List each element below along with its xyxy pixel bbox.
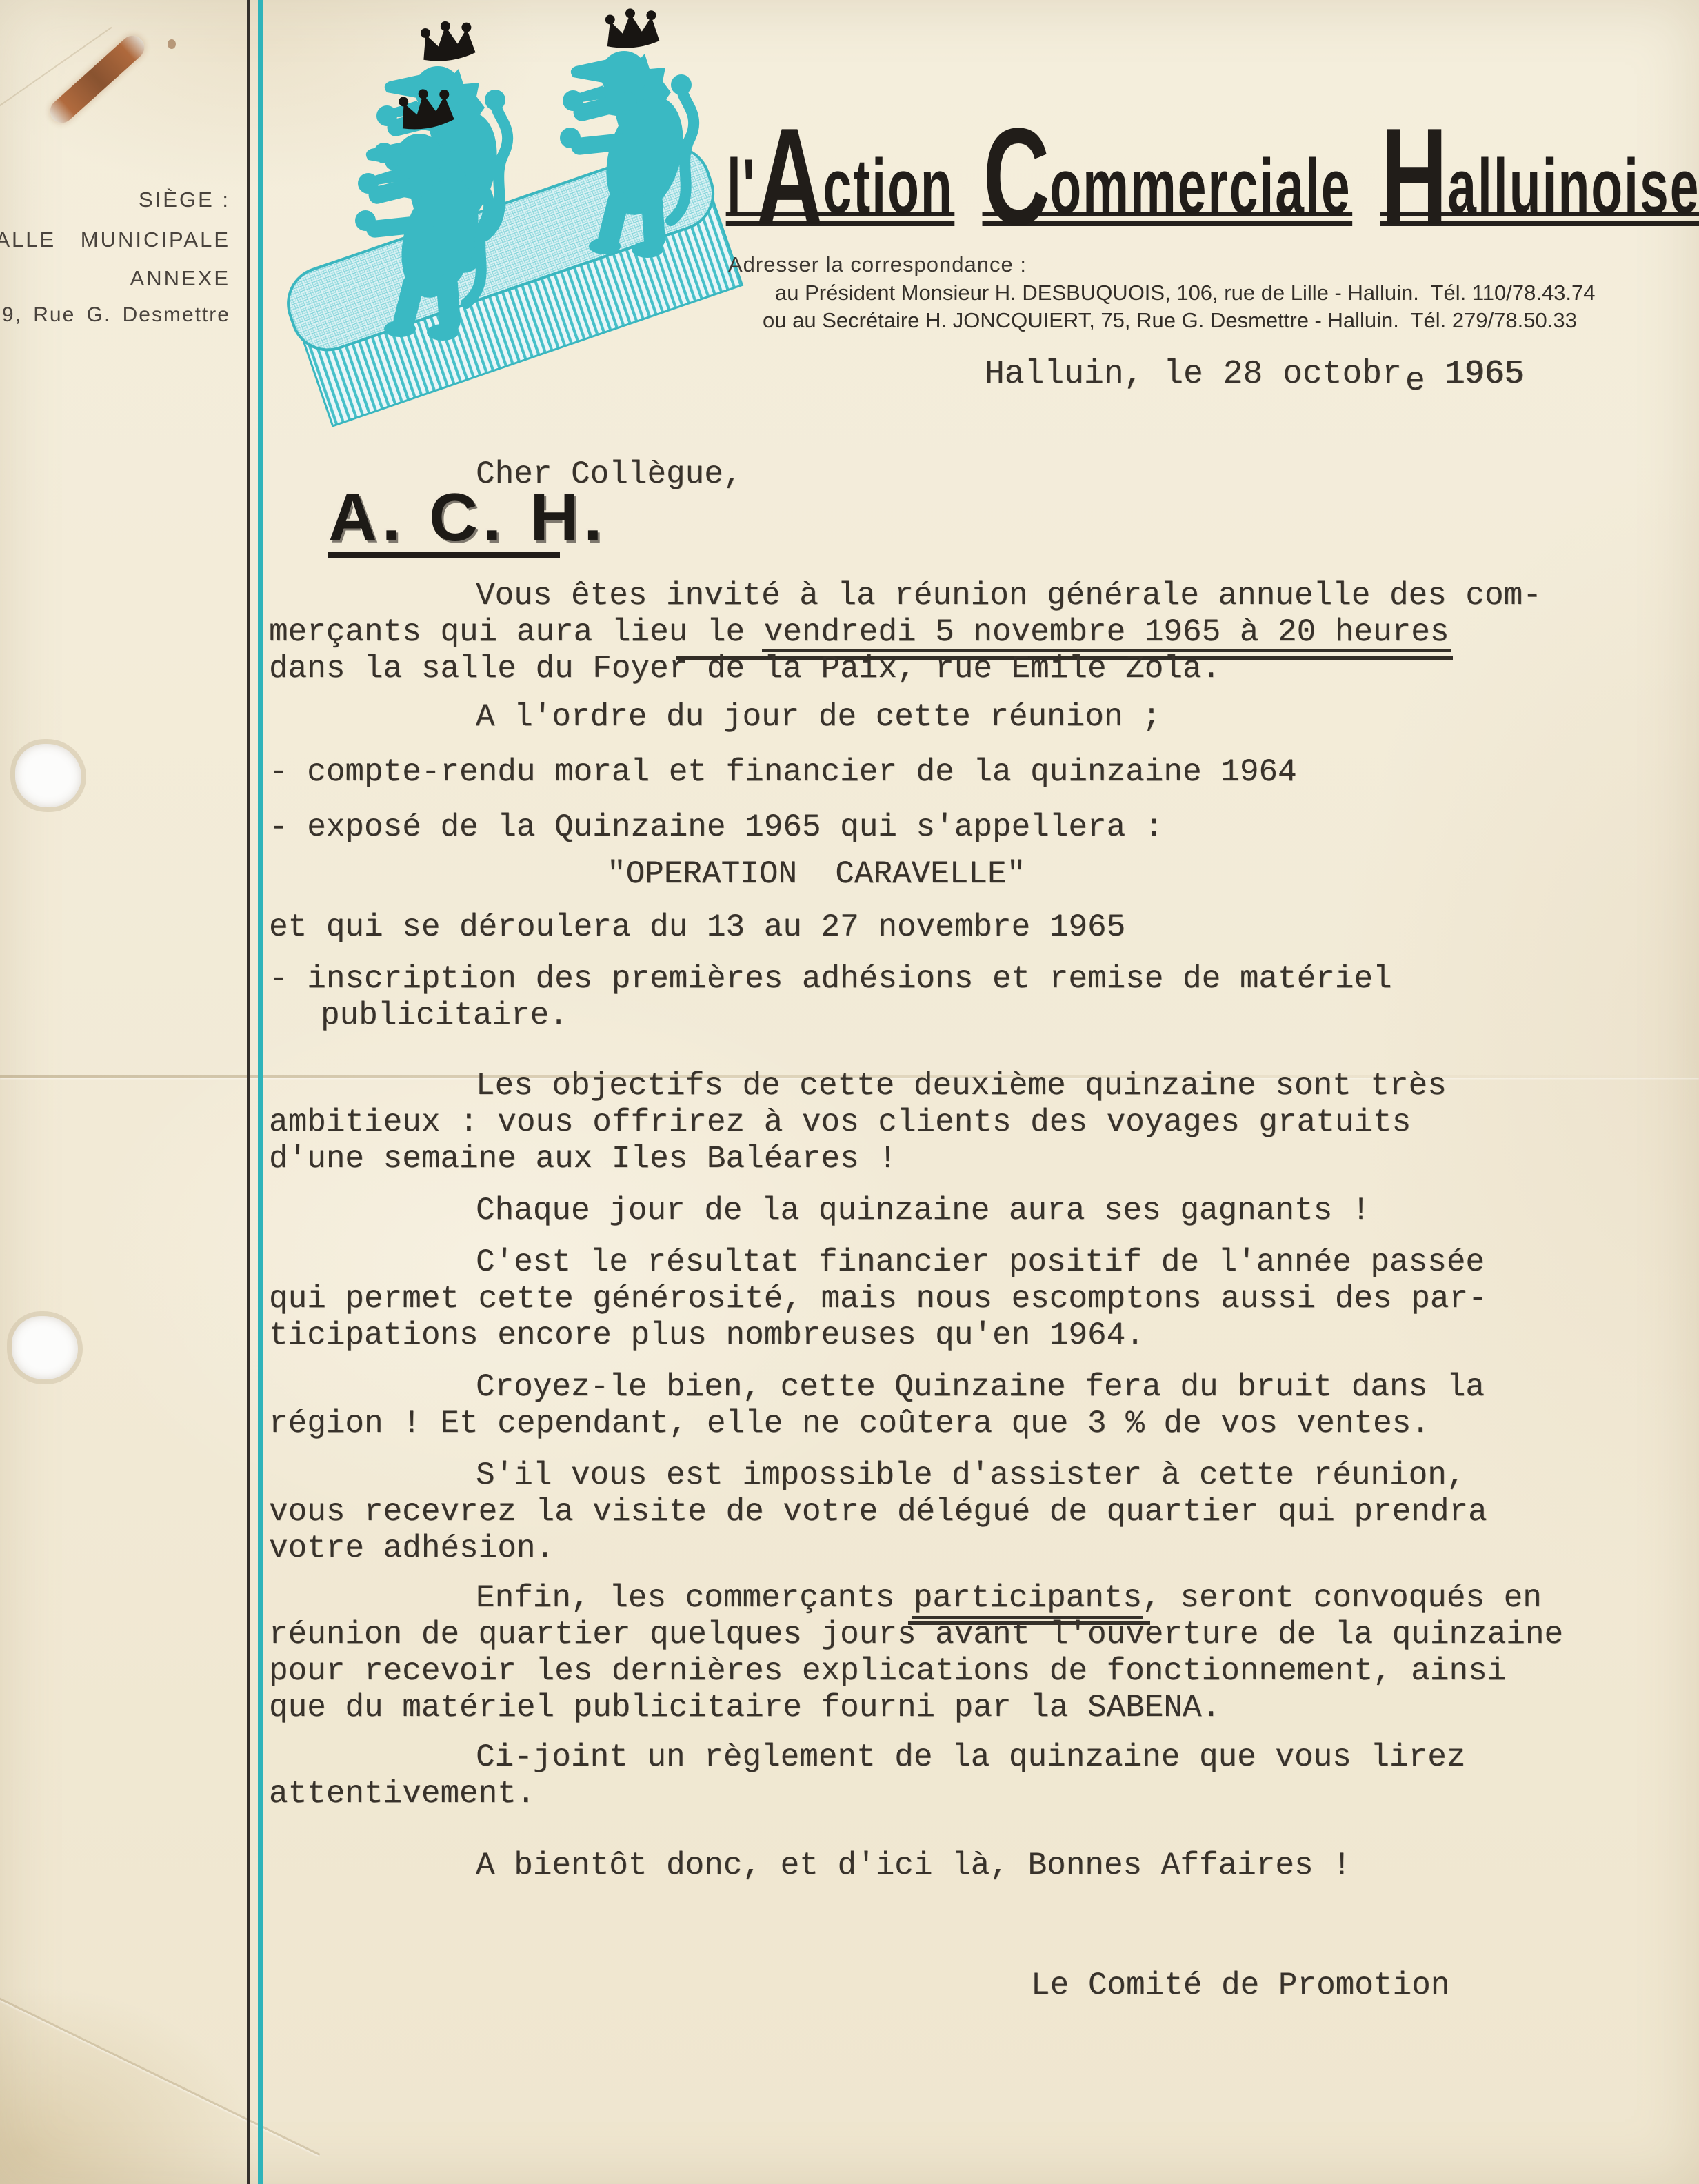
ach-underline <box>328 552 560 558</box>
text-run: A l'ordre du jour de cette réunion ; <box>476 699 1161 735</box>
text-run: , seront convoqués en <box>1142 1580 1542 1616</box>
punch-hole <box>12 1316 78 1379</box>
text-run: Croyez-le bien, cette Quinzaine fera du … <box>476 1369 1485 1405</box>
siege-line: ANNEXE <box>130 266 230 291</box>
vertical-rule-black <box>247 0 250 2184</box>
letter-line: ambitieux : vous offrirez à vos clients … <box>269 1104 1641 1141</box>
text-run: S'il vous est impossible d'assister à ce… <box>476 1457 1465 1493</box>
underlined-text: participants <box>914 1580 1142 1616</box>
letter-line: qui permet cette générosité, mais nous e… <box>269 1281 1641 1317</box>
letter-line: C'est le résultat financier positif de l… <box>476 1244 1641 1281</box>
letter-line: merçants qui aura lieu le vendredi 5 nov… <box>269 614 1641 651</box>
letter-line: Chaque jour de la quinzaine aura ses gag… <box>476 1193 1641 1229</box>
text-run: réunion de quartier quelques jours avant… <box>269 1617 1563 1652</box>
date-dropped-letter: e <box>1405 363 1425 400</box>
letter-line: Vous êtes invité à la réunion générale a… <box>476 578 1641 614</box>
title-word: l'Action <box>727 135 954 239</box>
date-year: 1965 <box>1445 356 1524 393</box>
letter-line: A l'ordre du jour de cette réunion ; <box>476 699 1641 736</box>
letter-line: votre adhésion. <box>269 1530 1641 1567</box>
title-initial: A <box>756 100 823 254</box>
corner-crease <box>0 1996 320 2156</box>
president-address-line: au Président Monsieur H. DESBUQUOIS, 106… <box>775 281 1596 305</box>
text-run: pour recevoir les dernières explications… <box>269 1653 1506 1689</box>
text-run: C'est le résultat financier positif de l… <box>476 1244 1485 1280</box>
title-initial: C <box>983 100 1050 254</box>
siege-line: 69, Rue G. Desmettre <box>0 303 230 327</box>
letter-line: A bientôt donc, et d'ici là, Bonnes Affa… <box>476 1848 1641 1884</box>
letter-line: Le Comité de Promotion <box>1031 1968 1641 2004</box>
punch-hole <box>15 744 81 807</box>
title-rest: ction <box>823 143 953 230</box>
scanned-letter-page: SIÈGE : SALLE MUNICIPALE ANNEXE 69, Rue … <box>0 0 1699 2184</box>
letter-line: "OPERATION CARAVELLE" <box>607 856 1641 893</box>
letter-line: vous recevrez la visite de votre délégué… <box>269 1494 1641 1530</box>
text-run: ambitieux : vous offrirez à vos clients … <box>269 1104 1411 1140</box>
rust-dot <box>168 39 176 49</box>
text-run: dans la salle du Foyer de la Paix, rue E… <box>269 651 1220 687</box>
text-run: d'une semaine aux Iles Baléares ! <box>269 1141 897 1177</box>
letter-line: - exposé de la Quinzaine 1965 qui s'appe… <box>269 809 1641 846</box>
text-run: attentivement. <box>269 1776 535 1812</box>
letter-line: publicitaire. <box>321 998 1641 1034</box>
ach-abbreviation: A. C. H. <box>328 478 607 556</box>
letter-line: ticipations encore plus nombreuses qu'en… <box>269 1317 1641 1354</box>
text-run: - inscription des premières adhésions et… <box>269 961 1392 997</box>
text-run: Enfin, les commerçants <box>476 1580 914 1616</box>
crown-icon <box>603 6 660 50</box>
letter-line: attentivement. <box>269 1776 1641 1812</box>
text-run: "OPERATION CARAVELLE" <box>607 856 1025 892</box>
letter-line: que du matériel publicitaire fourni par … <box>269 1690 1641 1726</box>
text-run: A bientôt donc, et d'ici là, Bonnes Affa… <box>476 1848 1351 1883</box>
letter-body: Vous êtes invité à la réunion générale a… <box>269 578 1641 2004</box>
text-run: vous recevrez la visite de votre délégué… <box>269 1494 1487 1530</box>
title-word: Halluinoise <box>1381 135 1699 239</box>
title-rest: alluinoise <box>1447 143 1699 230</box>
letter-line: d'une semaine aux Iles Baléares ! <box>269 1141 1641 1177</box>
title-rest: ommerciale <box>1049 143 1351 230</box>
letter-line: Ci-joint un règlement de la quinzaine qu… <box>476 1739 1641 1776</box>
title-prefix: l' <box>727 143 756 230</box>
letter-line: Enfin, les commerçants participants, ser… <box>476 1580 1641 1617</box>
pedestal-graphic <box>279 138 746 427</box>
text-run: merçants qui aura lieu le <box>269 614 764 650</box>
letter-line: et qui se déroulera du 13 au 27 novembre… <box>269 909 1641 946</box>
crown-icon <box>419 18 476 64</box>
letter-line: - inscription des premières adhésions et… <box>269 961 1641 998</box>
letter-line: pour recevoir les dernières explications… <box>269 1653 1641 1690</box>
letter-line: Croyez-le bien, cette Quinzaine fera du … <box>476 1369 1641 1406</box>
text-run: qui permet cette générosité, mais nous e… <box>269 1281 1487 1317</box>
text-run: Chaque jour de la quinzaine aura ses gag… <box>476 1193 1370 1228</box>
correspondence-label: Adresser la correspondance : <box>728 252 1027 277</box>
siege-line: SALLE MUNICIPALE <box>0 228 230 252</box>
text-run: publicitaire. <box>321 998 568 1033</box>
underlined-text: vendredi 5 novembre 1965 à 20 heures <box>764 614 1449 650</box>
text-run: Le Comité de Promotion <box>1031 1968 1449 2003</box>
ach-lions-logo <box>270 4 746 487</box>
text-run: - compte-rendu moral et financier de la … <box>269 754 1297 790</box>
secretary-address-line: ou au Secrétaire H. JONCQUIERT, 75, Rue … <box>763 308 1577 333</box>
organization-title: l'Action Commerciale Halluinoise <box>727 135 1699 239</box>
text-run: Les objectifs de cette deuxième quinzain… <box>476 1068 1447 1104</box>
letter-line: - compte-rendu moral et financier de la … <box>269 754 1641 791</box>
letter-line: région ! Et cependant, elle ne coûtera q… <box>269 1406 1641 1442</box>
rust-stain <box>46 31 150 128</box>
text-run: Vous êtes invité à la réunion générale a… <box>476 578 1542 614</box>
date-prefix: Halluin, le 28 octobr <box>985 356 1402 393</box>
letter-line: réunion de quartier quelques jours avant… <box>269 1617 1641 1653</box>
text-run: Ci-joint un règlement de la quinzaine qu… <box>476 1739 1465 1775</box>
title-word: Commerciale <box>983 135 1351 239</box>
text-run: que du matériel publicitaire fourni par … <box>269 1690 1220 1726</box>
title-initial: H <box>1381 100 1448 254</box>
text-run: et qui se déroulera du 13 au 27 novembre… <box>269 909 1125 945</box>
vertical-rule-teal <box>258 0 263 2184</box>
date-line: Halluin, le 28 octobre1965 <box>985 356 1524 393</box>
text-run: votre adhésion. <box>269 1530 554 1566</box>
text-run: - exposé de la Quinzaine 1965 qui s'appe… <box>269 809 1163 845</box>
siege-label: SIÈGE : <box>139 188 230 212</box>
letter-line: S'il vous est impossible d'assister à ce… <box>476 1457 1641 1494</box>
text-run: région ! Et cependant, elle ne coûtera q… <box>269 1406 1430 1442</box>
letter-line: Les objectifs de cette deuxième quinzain… <box>476 1068 1641 1104</box>
text-run: ticipations encore plus nombreuses qu'en… <box>269 1317 1145 1353</box>
